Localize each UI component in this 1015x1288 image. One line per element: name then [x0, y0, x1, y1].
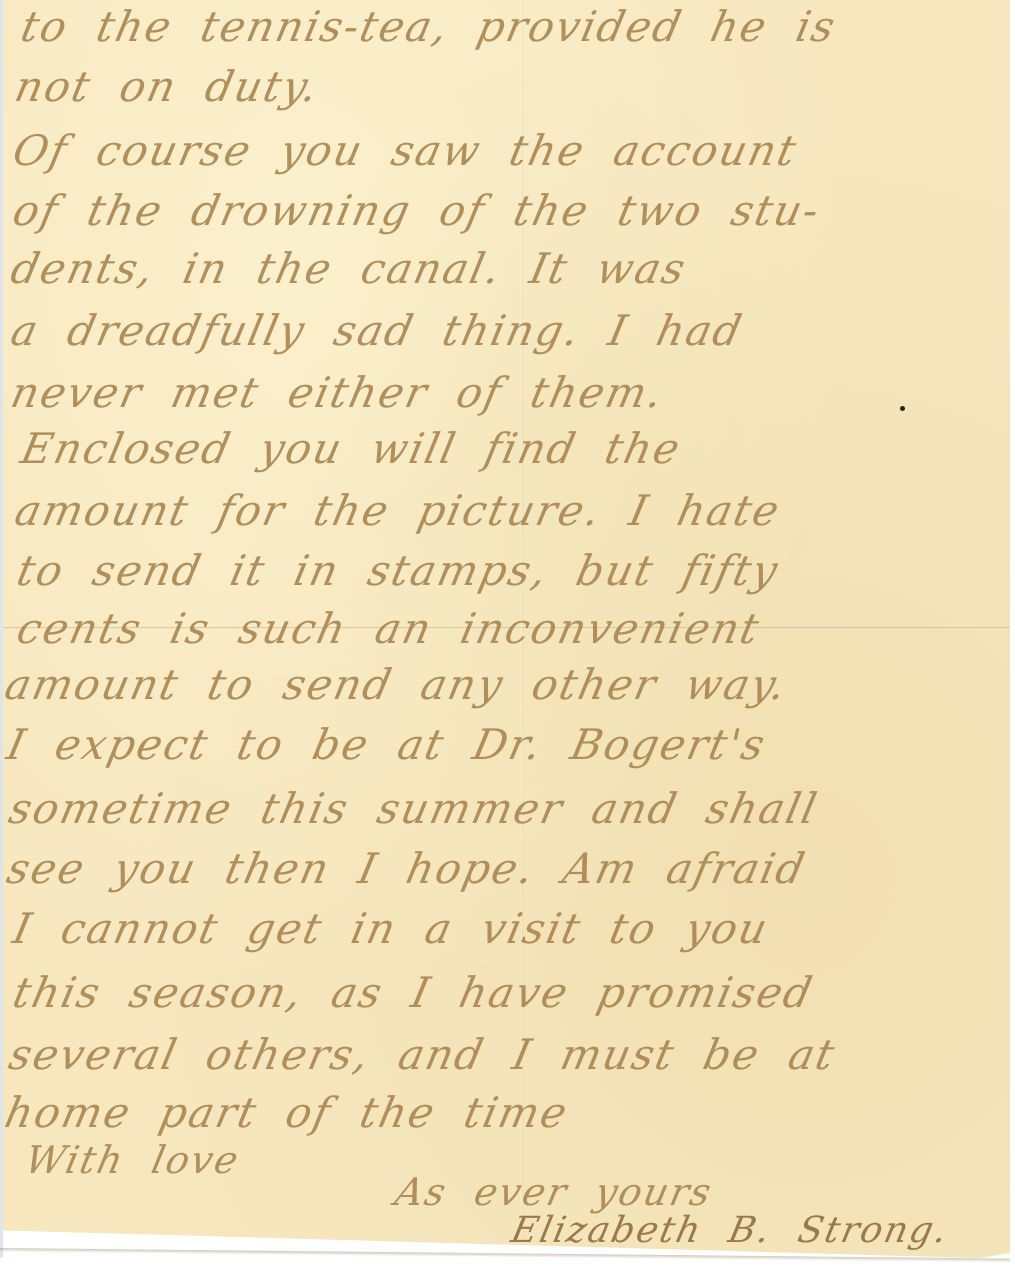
letter-paper: to the tennis-tea, provided he is not on… — [0, 0, 1010, 1258]
letter-line-3: Of course you saw the account — [9, 126, 802, 175]
letter-signature: Elizabeth B. Strong. — [508, 1210, 953, 1251]
letter-line-1: to the tennis-tea, provided he is — [17, 2, 841, 51]
letter-line-7: never met either of them. — [7, 368, 669, 417]
letter-line-10: to send it in stamps, but fifty — [13, 546, 784, 595]
letter-line-14: sometime this summer and shall — [5, 784, 823, 833]
letter-line-19: home part of the time — [1, 1088, 573, 1137]
letter-line-11: cents is such an inconvenient — [13, 604, 765, 653]
letter-line-9: amount for the picture. I hate — [11, 486, 785, 535]
letter-line-6: a dreadfully sad thing. I had — [7, 306, 748, 355]
letter-line-8: Enclosed you will find the — [17, 424, 686, 473]
scan-left-edge — [0, 0, 3, 1258]
letter-closing: As ever yours — [391, 1170, 717, 1214]
letter-line-15: see you then I hope. Am afraid — [3, 844, 811, 893]
letter-line-16: I cannot get in a visit to you — [9, 904, 774, 953]
letter-line-20: With love — [21, 1138, 244, 1182]
letter-line-12: amount to send any other way. — [1, 660, 792, 709]
letter-line-2: not on duty. — [11, 62, 324, 111]
letter-line-4: of the drowning of the two stu- — [9, 186, 825, 235]
letter-line-18: several others, and I must be at — [5, 1030, 841, 1079]
scanned-letter-page: to the tennis-tea, provided he is not on… — [0, 0, 1015, 1288]
letter-line-13: I expect to be at Dr. Bogert's — [3, 720, 771, 769]
letter-line-5: dents, in the canal. It was — [7, 244, 691, 293]
ink-spot — [900, 406, 905, 411]
letter-line-17: this season, as I have promised — [9, 968, 818, 1017]
